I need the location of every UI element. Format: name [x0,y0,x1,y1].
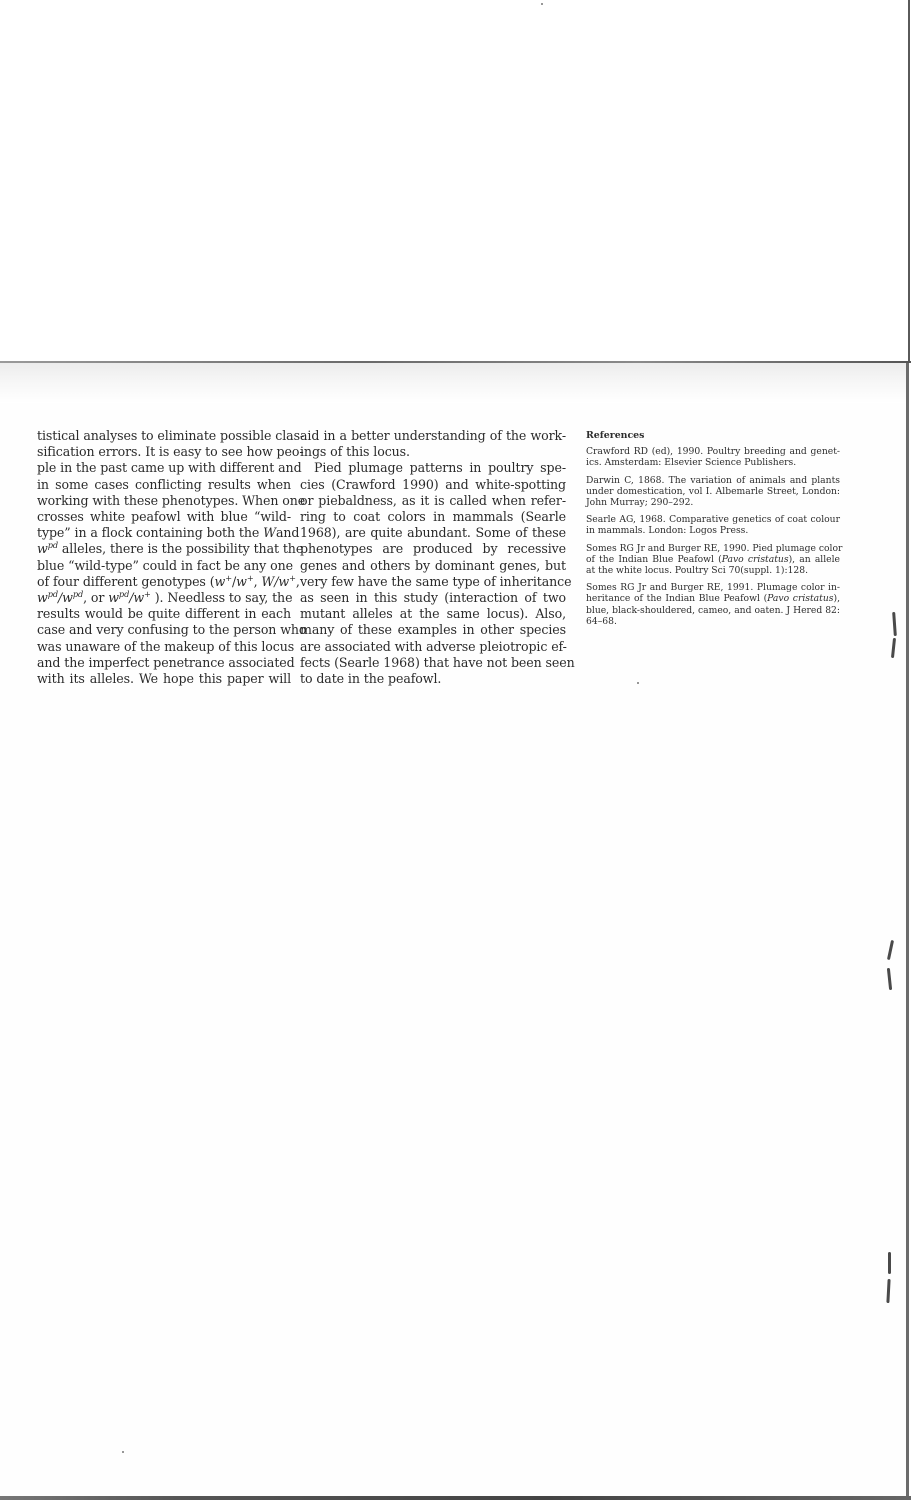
reference-line: ics. Amsterdam: Elsevier Science Publish… [586,457,840,468]
allele-symbol: /w [129,590,144,605]
reference-line: under domestication, vol I. Albemarle St… [586,486,840,497]
reference-line: at the white locus. Poultry Sci 70(suppl… [586,565,840,576]
text-line: ring to coat colors in mammals (Searle [300,509,566,525]
references-heading: References [586,430,840,441]
top-blank-sheet [0,0,910,362]
reference-item: Darwin C, 1868. The variation of animals… [586,475,840,509]
text-segment: of the Indian Blue Peafowl ( [586,554,722,565]
text-segment: heritance of the Indian Blue Peafowl ( [586,593,767,604]
reference-line: Somes RG Jr and Burger RE, 1990. Pied pl… [586,543,840,554]
reference-line: Darwin C, 1868. The variation of animals… [586,475,840,486]
species-name: Pavo cristatus [767,593,833,604]
allele-symbol: w [108,590,119,605]
text-line: sification errors. It is easy to see how… [37,444,291,460]
page-bottom-edge [0,1496,911,1500]
staple-mark [888,1252,891,1274]
scan-speck [541,3,543,5]
text-line: wpd alleles, there is the possibility th… [37,541,291,557]
text-segment: , or [83,590,108,605]
allele-superscript: pd [48,540,58,550]
text-line: was unaware of the makeup of this locus [37,639,291,655]
allele-superscript: + [247,573,254,583]
text-segment: ). Needless to say, the [151,590,293,605]
text-segment: type” in a flock containing both the [37,525,263,540]
text-line: in some cases conflicting results when [37,477,291,493]
text-line: very few have the same type of inheritan… [300,574,566,590]
text-line: as seen in this study (interaction of tw… [300,590,566,606]
reference-line: Searle AG, 1968. Comparative genetics of… [586,514,840,525]
text-line: blue “wild-type” could in fact be any on… [37,558,291,574]
allele-symbol: /w [58,590,73,605]
body-column-1: tistical analyses to eliminate possible … [37,428,291,687]
text-line: tistical analyses to eliminate possible … [37,428,291,444]
reference-item: Crawford RD (ed), 1990. Poultry breeding… [586,446,840,468]
text-line: crosses white peafowl with blue “wild- [37,509,291,525]
text-line: with its alleles. We hope this paper wil… [37,671,291,687]
reference-line: in mammals. London: Logos Press. [586,525,840,536]
text-segment: ), an allele [789,554,840,565]
text-line: working with these phenotypes. When one [37,493,291,509]
text-line: and the imperfect penetrance associated [37,655,291,671]
text-line: 1968), are quite abundant. Some of these [300,525,566,541]
body-column-2: aid in a better understanding of the wor… [300,428,566,687]
text-line: results would be quite different in each [37,606,291,622]
reference-line: 64–68. [586,616,840,627]
allele-superscript: pd [48,589,58,599]
text-line: genes and others by dominant genes, but [300,558,566,574]
text-line: ple in the past came up with different a… [37,460,291,476]
text-segment: and [276,525,299,540]
text-line: or piebaldness, as it is called when ref… [300,493,566,509]
text-line: aid in a better understanding of the wor… [300,428,566,444]
allele-superscript: + [225,573,232,583]
scan-speck [122,1451,124,1453]
text-segment: ), [833,593,840,604]
text-line: phenotypes are produced by recessive [300,541,566,557]
text-segment: of four different genotypes ( [37,574,215,589]
reference-line: Somes RG Jr and Burger RE, 1991. Plumage… [586,582,840,593]
reference-line: of the Indian Blue Peafowl (Pavo cristat… [586,554,840,565]
reference-item: Somes RG Jr and Burger RE, 1990. Pied pl… [586,543,840,577]
text-line: type” in a flock containing both the Wan… [37,525,291,541]
reference-line: John Murray; 290–292. [586,497,840,508]
allele-symbol: w [236,574,247,589]
references-section: References Crawford RD (ed), 1990. Poult… [586,430,840,633]
allele-symbol: W [263,525,276,540]
allele-superscript: + [289,573,296,583]
paragraph-start-line: Pied plumage patterns in poultry spe- [300,460,566,476]
text-line: fects (Searle 1968) that have not been s… [300,655,566,671]
text-line: many of these examples in other species [300,622,566,638]
text-line: wpd/wpd, or wpd/w+ ). Needless to say, t… [37,590,291,606]
text-line: are associated with adverse pleiotropic … [300,639,566,655]
text-line: of four different genotypes (w+/w+, W/w+… [37,574,291,590]
allele-symbol: w [37,590,48,605]
reference-line: Crawford RD (ed), 1990. Poultry breeding… [586,446,840,457]
reference-line: blue, black-shouldered, cameo, and oaten… [586,605,840,616]
text-line: case and very confusing to the person wh… [37,622,291,638]
text-line: to date in the peafowl. [300,671,566,687]
text-line: mutant alleles at the same locus). Also, [300,606,566,622]
text-line: cies (Crawford 1990) and white-spotting [300,477,566,493]
fold-shadow [0,363,906,403]
text-segment: alleles, there is the possibility that t… [58,541,303,556]
reference-line: heritance of the Indian Blue Peafowl (Pa… [586,593,840,604]
reference-item: Somes RG Jr and Burger RE, 1991. Plumage… [586,582,840,627]
reference-item: Searle AG, 1968. Comparative genetics of… [586,514,840,536]
text-line: ings of this locus. [300,444,566,460]
allele-symbol: w [215,574,226,589]
allele-superscript: pd [73,589,83,599]
allele-symbol: w [37,541,48,556]
allele-symbol: W/w [261,574,289,589]
scan-speck [637,682,639,684]
allele-superscript: + [144,589,151,599]
species-name: Pavo cristatus [722,554,789,565]
allele-superscript: pd [119,589,129,599]
